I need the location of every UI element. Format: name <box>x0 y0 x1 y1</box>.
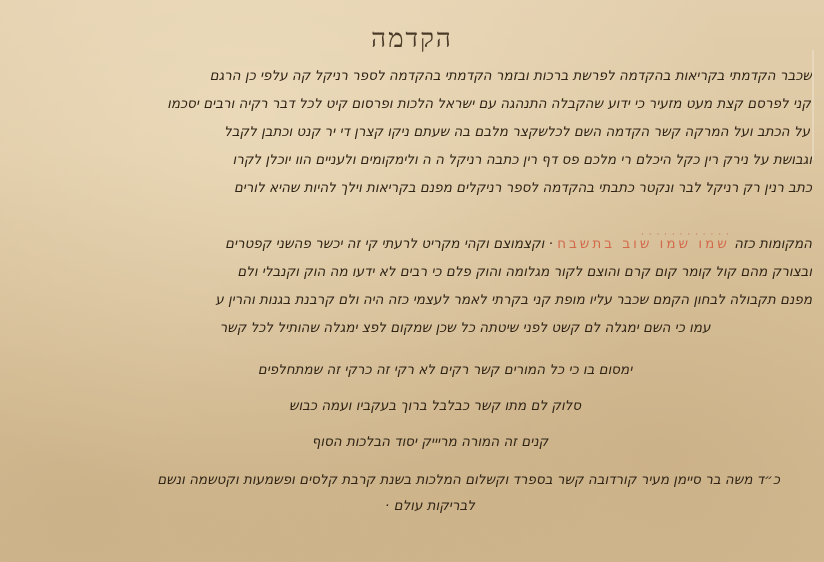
text-line-5: כתב רנין רק רניקל לבר ונקטר כתבתי בהקדמה… <box>50 178 812 198</box>
rubricated-phrase: שמו שמו שוב בתשבח <box>557 236 730 252</box>
text-line-8: מפנם תקבולה לבחון הקמם שכבר עליו מופת קנ… <box>55 290 812 310</box>
text-line-9: עמו כי השם ימגלה לם קשט לפני שיטתה כל שכ… <box>140 318 790 338</box>
page-title: הקדמה <box>0 24 824 54</box>
text-line-4: וגבושת על נירק רין כקל היכלם רי מלכם פס … <box>50 150 812 170</box>
text-line-6: המקומות כזה שמו שמו שוב בתשבח · וקצמוצם … <box>55 234 812 254</box>
text-line-12: קנים זה המורה מריייק יסוד הבלכות הסוף <box>240 432 620 452</box>
text-line-7: ובצורק מהם קול קומר קום קרם והוצם לקור מ… <box>55 262 812 282</box>
text-line-14: לבריקות עולם · <box>280 496 580 516</box>
text-line-13: כ״ד משה בר סיימן מעיר קורדובה קשר בספרד … <box>45 470 780 490</box>
text-line-3: על הכתב ועל המרקה קשר הקדמה השם לכלשקצר … <box>50 122 810 142</box>
line-6-end: · וקצמוצם וקהי מקריט לרעתי קי זה יכשר פה… <box>225 236 553 252</box>
text-line-1: שכבר הקדמתי בקריאות בהקדמה לפרשת ברכות ו… <box>40 66 812 86</box>
text-line-11: סלוק לם מתו קשר כבלבל ברוך בעקביו ועמה כ… <box>240 396 630 416</box>
text-line-10: ימסום בו כי כל המורים קשר רקים לא רקי זה… <box>180 360 710 380</box>
manuscript-page: הקדמה שכבר הקדמתי בקריאות בהקדמה לפרשת ב… <box>0 0 824 562</box>
line-6-start: המקומות כזה <box>734 236 812 252</box>
text-line-2: קני לפרסם קצת מעט מזעיר כי ידוע שהקבלה ה… <box>45 94 811 114</box>
